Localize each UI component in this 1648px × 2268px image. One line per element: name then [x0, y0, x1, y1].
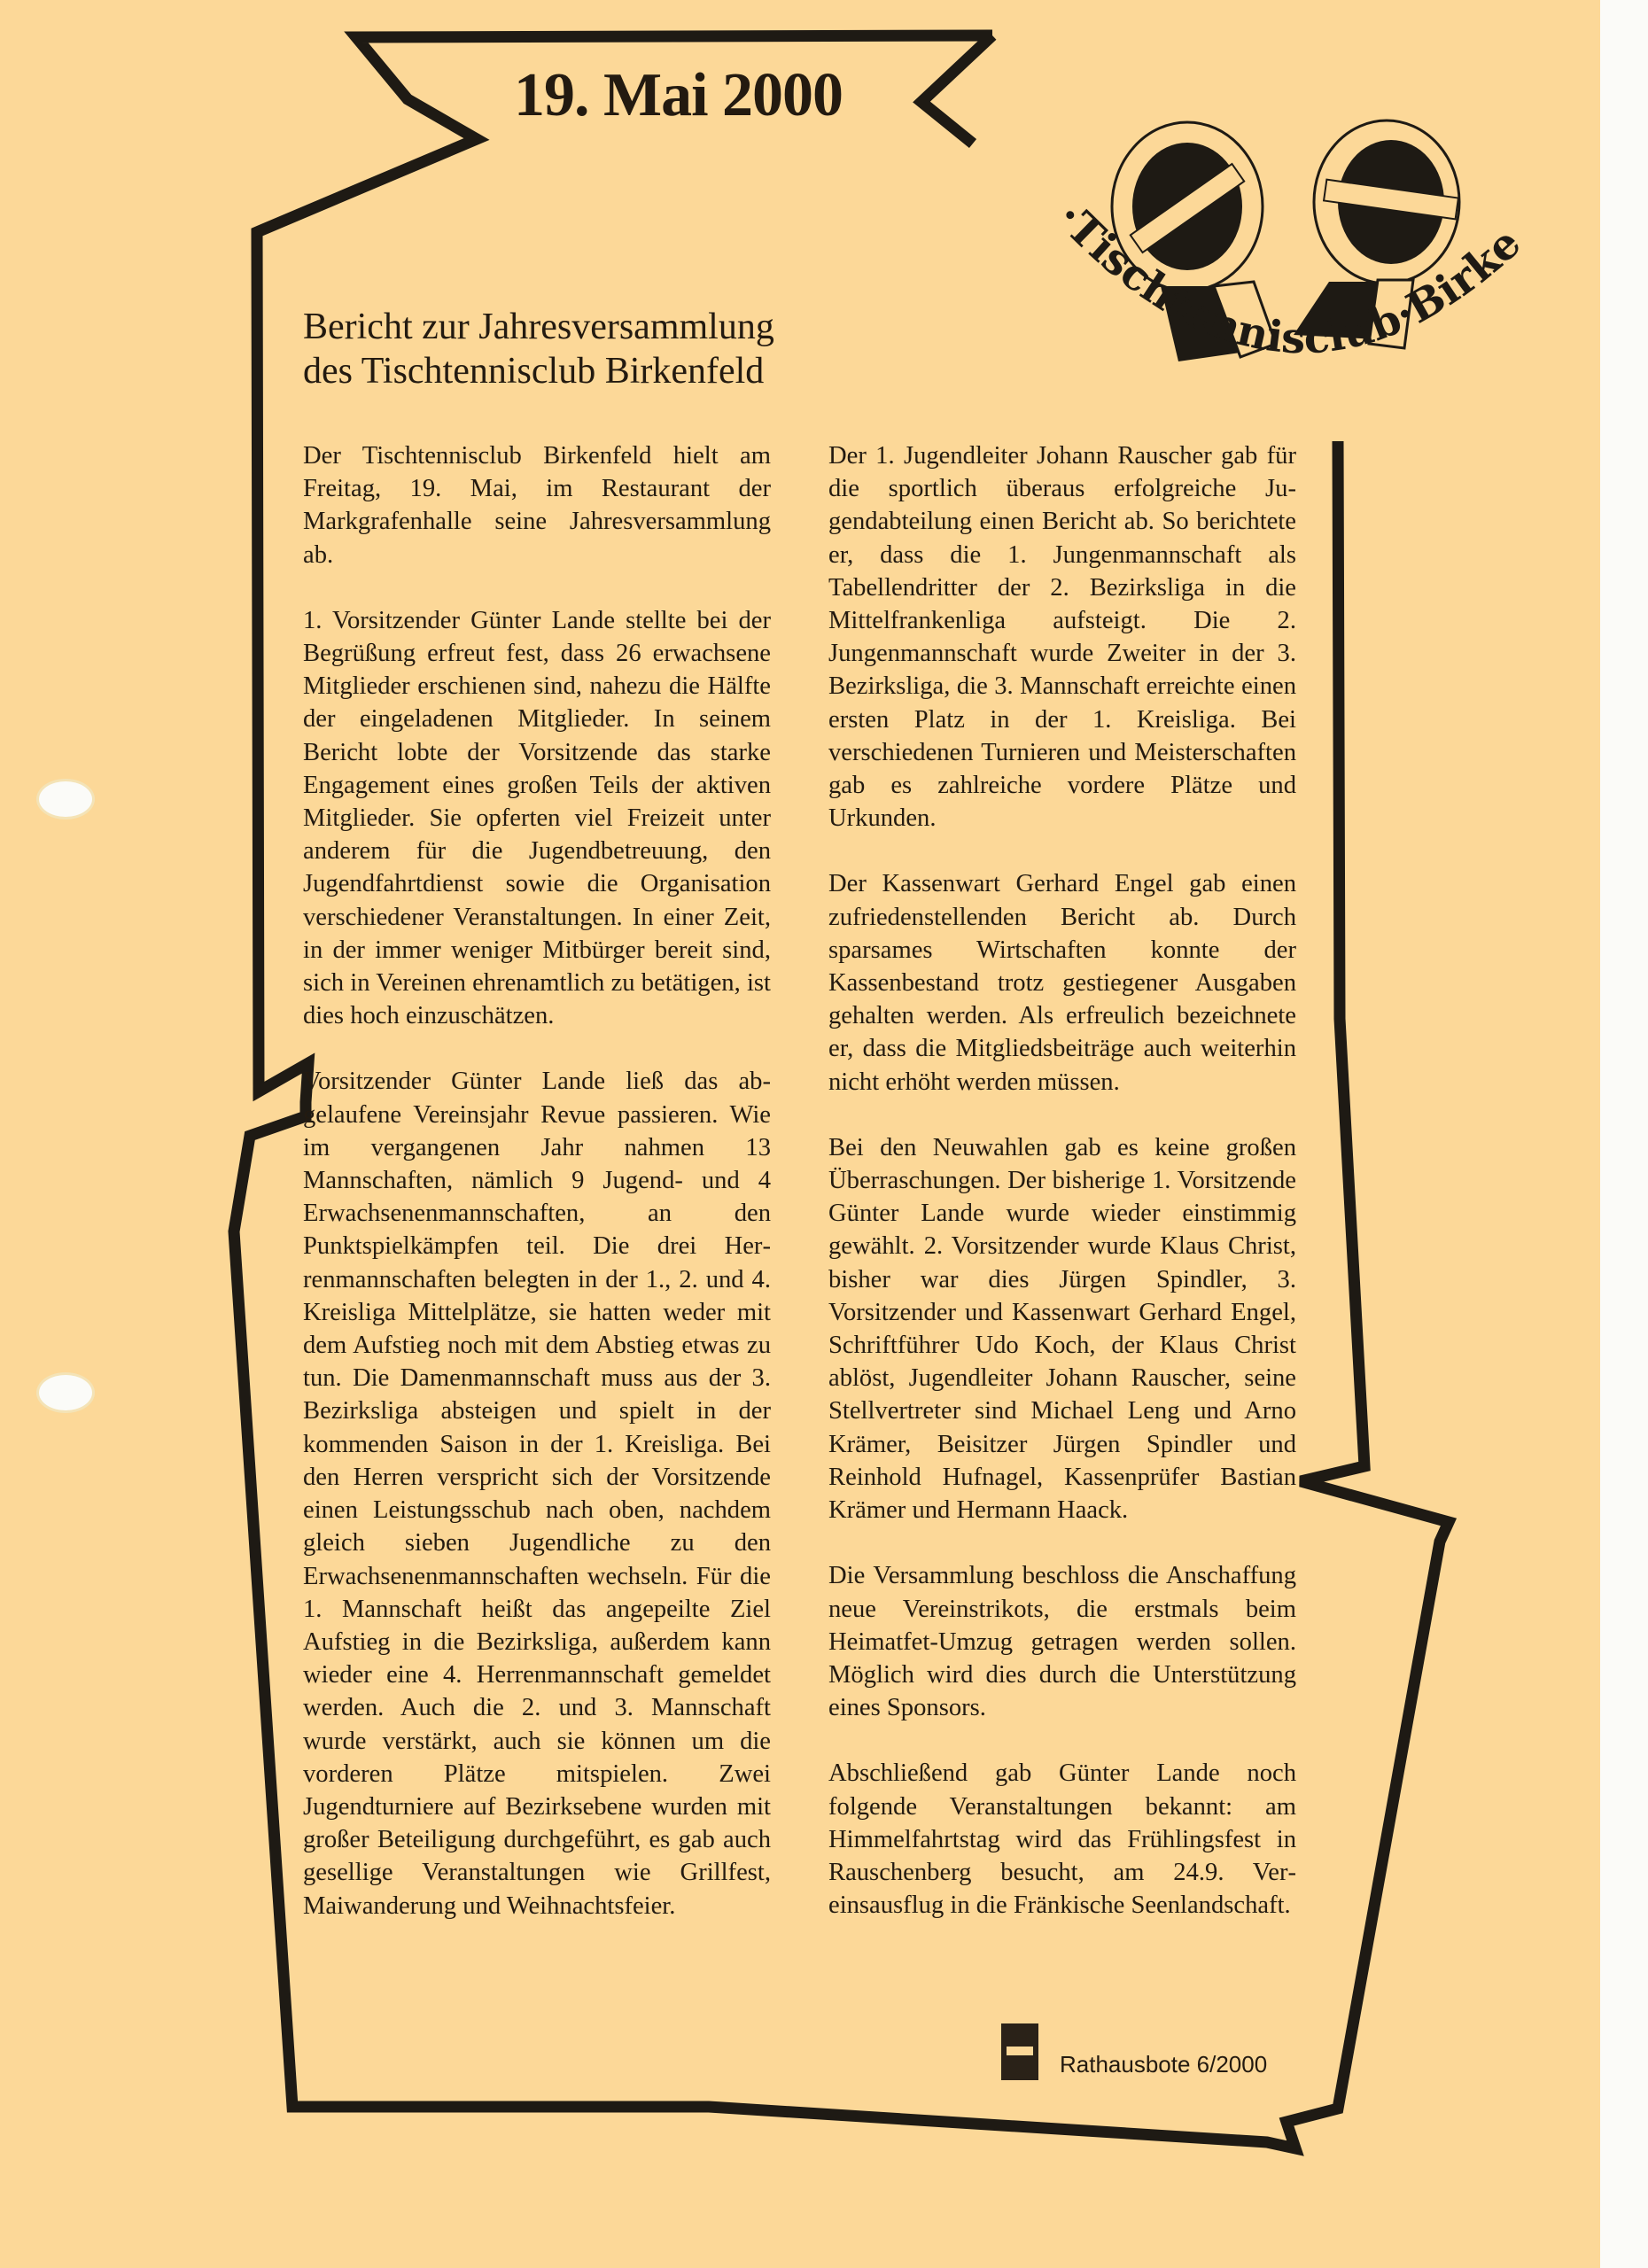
- article-column-left: Der Tischtennisclub Birkenfeld hielt am …: [303, 439, 771, 1955]
- article-title-line2: des Tischtennisclub Birkenfeld: [303, 349, 774, 393]
- article-date: 19. Mai 2000: [514, 60, 843, 131]
- paragraph: Abschließend gab Günter Lande noch folge…: [828, 1757, 1296, 1922]
- club-logo: ·Tischtennisclub·Birkenfeld·: [1037, 105, 1551, 423]
- paragraph: Der Kassenwart Gerhard Engel gab ei­nen …: [828, 867, 1296, 1098]
- town-hall-icon: [1001, 2023, 1038, 2080]
- article-title-line1: Bericht zur Jahresversammlung: [303, 305, 774, 349]
- article-title: Bericht zur Jahresversammlung des Tischt…: [303, 305, 774, 393]
- paragraph: Bei den Neuwahlen gab es keine großen Üb…: [828, 1131, 1296, 1526]
- paragraph: Der Tischtennisclub Birkenfeld hielt am …: [303, 439, 771, 571]
- article-column-right: Der 1. Jugendleiter Johann Rauscher gab …: [828, 439, 1296, 1954]
- svg-text:·Tischtennisclub·Birkenfeld·: ·Tischtennisclub·Birkenfeld·: [1037, 105, 1530, 364]
- paragraph: Der 1. Jugendleiter Johann Rauscher gab …: [828, 439, 1296, 835]
- paragraph: Vorsitzender Günter Lande ließ das ab­ge…: [303, 1065, 771, 1922]
- source-label: Rathausbote 6/2000: [1060, 2051, 1267, 2080]
- source-footer: Rathausbote 6/2000: [1001, 2023, 1267, 2080]
- paragraph: 1. Vorsitzender Günter Lande stellte bei…: [303, 604, 771, 1033]
- paragraph: Die Versammlung beschloss die An­schaffu…: [828, 1559, 1296, 1724]
